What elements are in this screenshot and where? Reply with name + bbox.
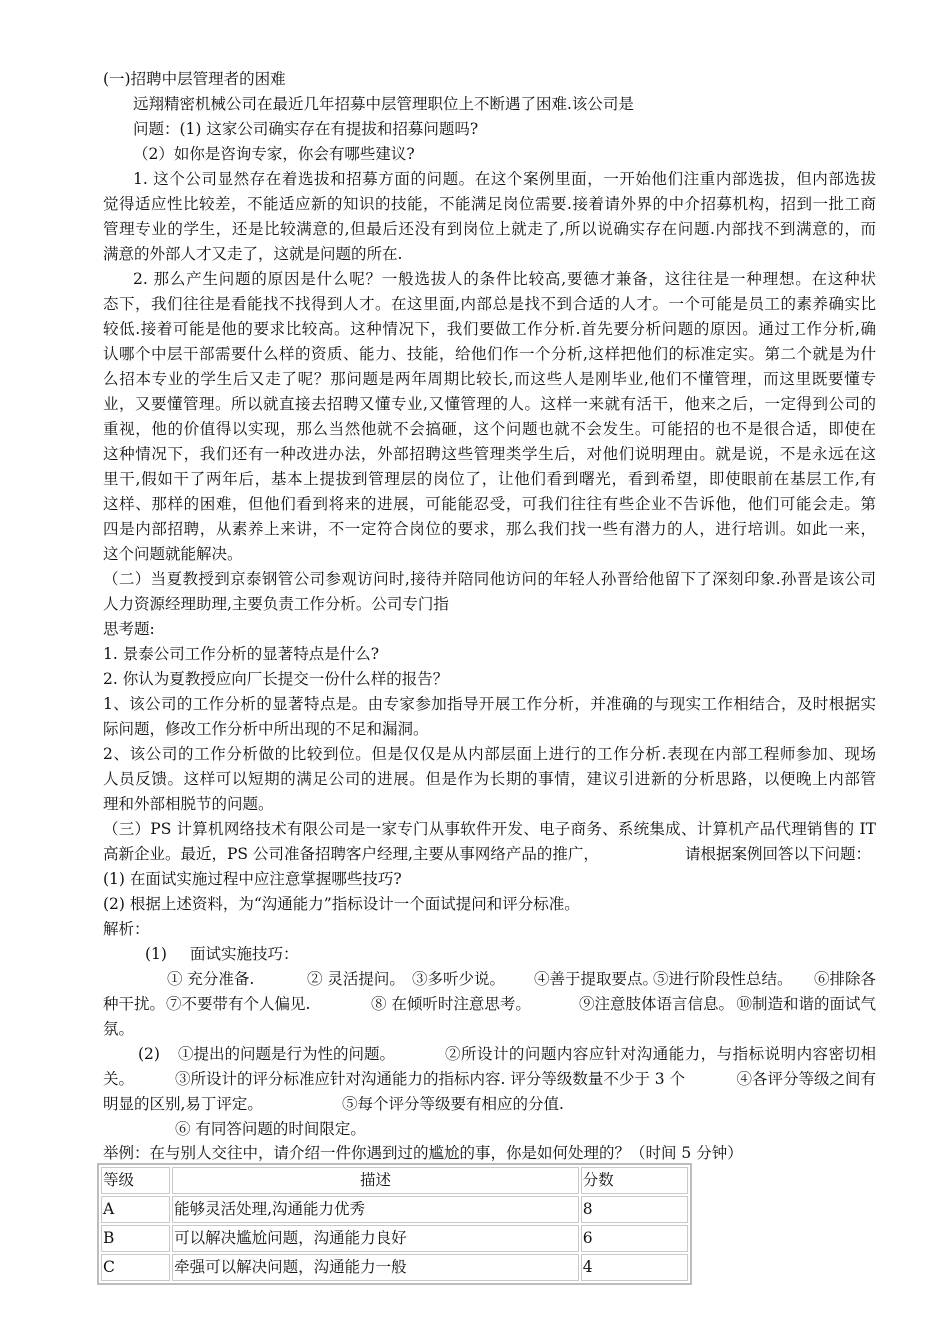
case-2-answer-2-line: 人员反馈。这样可以短期的满足公司的进展。但是作为长期的事情，建议引进新的分析思路… [103,767,876,792]
case-1-answer-2-line: 这种情况下，我们还有一种改进办法，外部招聘这些管理类学生后，对他们说明理由。就是… [103,442,876,467]
part-2-line: 明显的区别,易丁评定。 ⑤每个评分等级要有相应的分值. [0,1092,950,1117]
part-1-title: 面试实施技巧： [190,942,299,967]
table-header-row: 等级 描述 分数 [101,1167,688,1194]
cell-score: 8 [581,1196,688,1223]
table-row: B 可以解决尴尬问题，沟通能力良好 6 [101,1225,688,1252]
point-item: ⑥ 有同答问题的时间限定。 [175,1117,366,1142]
table-row: C 牵强可以解决问题，沟通能力一般 4 [101,1254,688,1281]
point-item: 关。 [103,1067,134,1092]
case-1-description: 远翔精密机械公司在最近几年招募中层管理职位上不断遇了困难.该公司是 [133,92,634,117]
case-2-description-line: （二）当夏教授到京泰钢管公司参观访问时,接待并陪同他访问的年轻人孙晋给他留下了深… [103,567,876,592]
part-1-number: (1) [145,942,167,967]
header-score: 分数 [581,1167,688,1194]
case-1-answer-2-line: 态下，我们往往是看能找不找得到人才。在这里面,内部总是找不到合适的人才。一个可能… [103,292,876,317]
cell-grade: B [101,1225,170,1252]
part-2-line: (2) ①提出的问题是行为性的问题。 ②所设计的问题内容应针对沟通能力，与指标说… [0,1042,950,1067]
point-item: ③所设计的评分标准应针对沟通能力的指标内容. 评分等级数量不少于 3 个 [175,1067,685,1092]
case-3-description-left: 高新企业。最近，PS 公司准备招聘客户经理,主要从事网络产品的推广， [103,842,599,867]
case-2-answer-2-line: 理和外部相脱节的问题。 [103,792,274,817]
tip-item: ⑩制造和谐的面试气 [736,992,876,1017]
case-1-answer-1-line: 满意的外部人才又走了，这就是问题的所在. [103,242,402,267]
part-1-heading: (1) 面试实施技巧： [0,942,950,967]
part-2-line: 关。 ③所设计的评分标准应针对沟通能力的指标内容. 评分等级数量不少于 3 个 … [0,1067,950,1092]
case-2-questions-label: 思考题: [103,617,155,642]
case-2-question: 1. 景泰公司工作分析的显著特点是什么? [103,642,379,667]
case-3-description-line: 高新企业。最近，PS 公司准备招聘客户经理,主要从事网络产品的推广， 请根据案例… [0,842,950,867]
case-1-answer-2-line: 较低.接着可能是他的要求比较高。这种情况下，我们要做工作分析.首先要分析问题的原… [103,317,876,342]
point-item: ④各评分等级之间有 [736,1067,876,1092]
case-1-answer-1-line: 管理专业的学生，还是比较满意的,但最后还没有到岗位上就走了,所以说确实存在问题.… [103,217,876,242]
case-2-answer-2-line: 2、该公司的工作分析做的比较到位。但是仅仅是从内部层面上进行的工作分析.表现在内… [103,742,876,767]
tip-item: 种干扰。 [103,992,165,1017]
case-1-question-1: 问题：(1) 这家公司确实存在有提拔和招募问题吗? [133,117,478,142]
case-1-question-2: （2）如你是咨询专家，你会有哪些建议? [133,142,415,167]
tip-item: ⑥排除各 [814,967,876,992]
cell-grade: A [101,1196,170,1223]
case-1-answer-2-line: 四是内部招聘，从素养上来讲，不一定符合岗位的要求，那么我们找一些有潜力的人，进行… [103,517,876,542]
part-2-line: ⑥ 有同答问题的时间限定。 [0,1117,950,1142]
tip-item: ① 充分准备. [167,967,254,992]
cell-score: 4 [581,1254,688,1281]
case-1-heading: (一)招聘中层管理者的困难 [103,67,286,92]
cell-description: 牵强可以解决问题，沟通能力一般 [172,1254,579,1281]
case-1-answer-2-line: 么招本专业的学生后又走了呢？那问题是两年周期比较长,而这些人是刚毕业,他们不懂管… [103,367,876,392]
case-2-answer-1-line: 1、该公司的工作分析的显著特点是。由专家参加指导开展工作分析，并准确的与现实工作… [103,692,876,717]
case-1-answer-2-line: 重视，他的价值得以实现，那么当然他就不会搞砸，这个问题也就不会发生。可能招的也不… [103,417,876,442]
table-row: A 能够灵活处理,沟通能力优秀 8 [101,1196,688,1223]
tip-item: ⑧ 在倾听时注意思考。 [371,992,531,1017]
header-grade: 等级 [101,1167,170,1194]
header-description: 描述 [172,1167,579,1194]
point-item: ②所设计的问题内容应针对沟通能力，与指标说明内容密切相 [445,1042,876,1067]
tip-item: ④善于提取要点。 [534,967,658,992]
point-item: 明显的区别,易丁评定。 [103,1092,263,1117]
analysis-label: 解析： [103,917,150,942]
case-2-question: 2. 你认为夏教授应向厂长提交一份什么样的报告？ [103,667,448,692]
case-2-answer-1-line: 际问题，修改工作分析中所出现的不足和漏洞。 [103,717,429,742]
part-2-number: (2) [138,1042,160,1067]
case-3-question: (2) 根据上述资料，为“沟通能力”指标设计一个面试提问和评分标准。 [103,892,580,917]
scoring-table: 等级 描述 分数 A 能够灵活处理,沟通能力优秀 8 B 可以解决尴尬问题，沟通… [97,1163,692,1285]
case-2-description-line: 人力资源经理助理,主要负责工作分析。公司专门指 [103,592,449,617]
tip-item: ⑦不要带有个人偏见. [166,992,310,1017]
case-3-description-line: （三）PS 计算机网络技术有限公司是一家专门从事软件开发、电子商务、系统集成、计… [103,817,876,842]
case-1-answer-2-line: 这样、那样的困难，但他们看到将来的进展，可能能忍受，可我们往往有些企业不告诉他，… [103,492,876,517]
tip-item: ③多听少说。 [412,967,505,992]
cell-score: 6 [581,1225,688,1252]
point-item: ①提出的问题是行为性的问题。 [178,1042,395,1067]
tip-item: ⑤进行阶段性总结。 [653,967,793,992]
case-1-answer-2-line: 业，又要懂管理。所以就直接去招聘又懂专业,又懂管理的人。这样一来就有活干，他来之… [103,392,876,417]
case-1-answer-2-line: 2. 那么产生问题的原因是什么呢？一般选拔人的条件比较高,要德才兼备，这往往是一… [133,267,876,292]
case-1-answer-2-line: 认哪个中层干部需要什么样的资质、能力、技能，给他们作一个分析,这样把他们的标准定… [103,342,876,367]
case-1-answer-1-line: 1. 这个公司显然存在着选拔和招募方面的问题。在这个案例里面，一开始他们注重内部… [133,167,876,192]
case-3-description-right: 请根据案例回答以下问题： [685,842,871,867]
case-3-question: (1) 在面试实施过程中应注意掌握哪些技巧? [103,867,402,892]
tips-line: ① 充分准备. ② 灵活提问。 ③多听少说。 ④善于提取要点。 ⑤进行阶段性总结… [0,967,950,992]
tip-item: ② 灵活提问。 [307,967,405,992]
cell-description: 可以解决尴尬问题，沟通能力良好 [172,1225,579,1252]
tips-line: 氛。 [0,1017,950,1042]
point-item: ⑤每个评分等级要有相应的分值. [342,1092,564,1117]
case-1-answer-1-line: 觉得适应性比较差，不能适应新的知识的技能，不能满足岗位需要.接着请外界的中介招募… [103,192,876,217]
case-1-answer-2-line: 里干,假如干了两年后，基本上提拔到管理层的岗位了，让他们看到曙光，看到希望，即使… [103,467,876,492]
cell-grade: C [101,1254,170,1281]
case-1-answer-2-line: 这个问题就能解决。 [103,542,243,567]
document-page: (一)招聘中层管理者的困难 远翔精密机械公司在最近几年招募中层管理职位上不断遇了… [0,0,950,1344]
tip-item: 氛。 [103,1017,134,1042]
tip-item: ⑨注意肢体语言信息。 [579,992,734,1017]
cell-description: 能够灵活处理,沟通能力优秀 [172,1196,579,1223]
tips-line: 种干扰。 ⑦不要带有个人偏见. ⑧ 在倾听时注意思考。 ⑨注意肢体语言信息。 ⑩… [0,992,950,1017]
